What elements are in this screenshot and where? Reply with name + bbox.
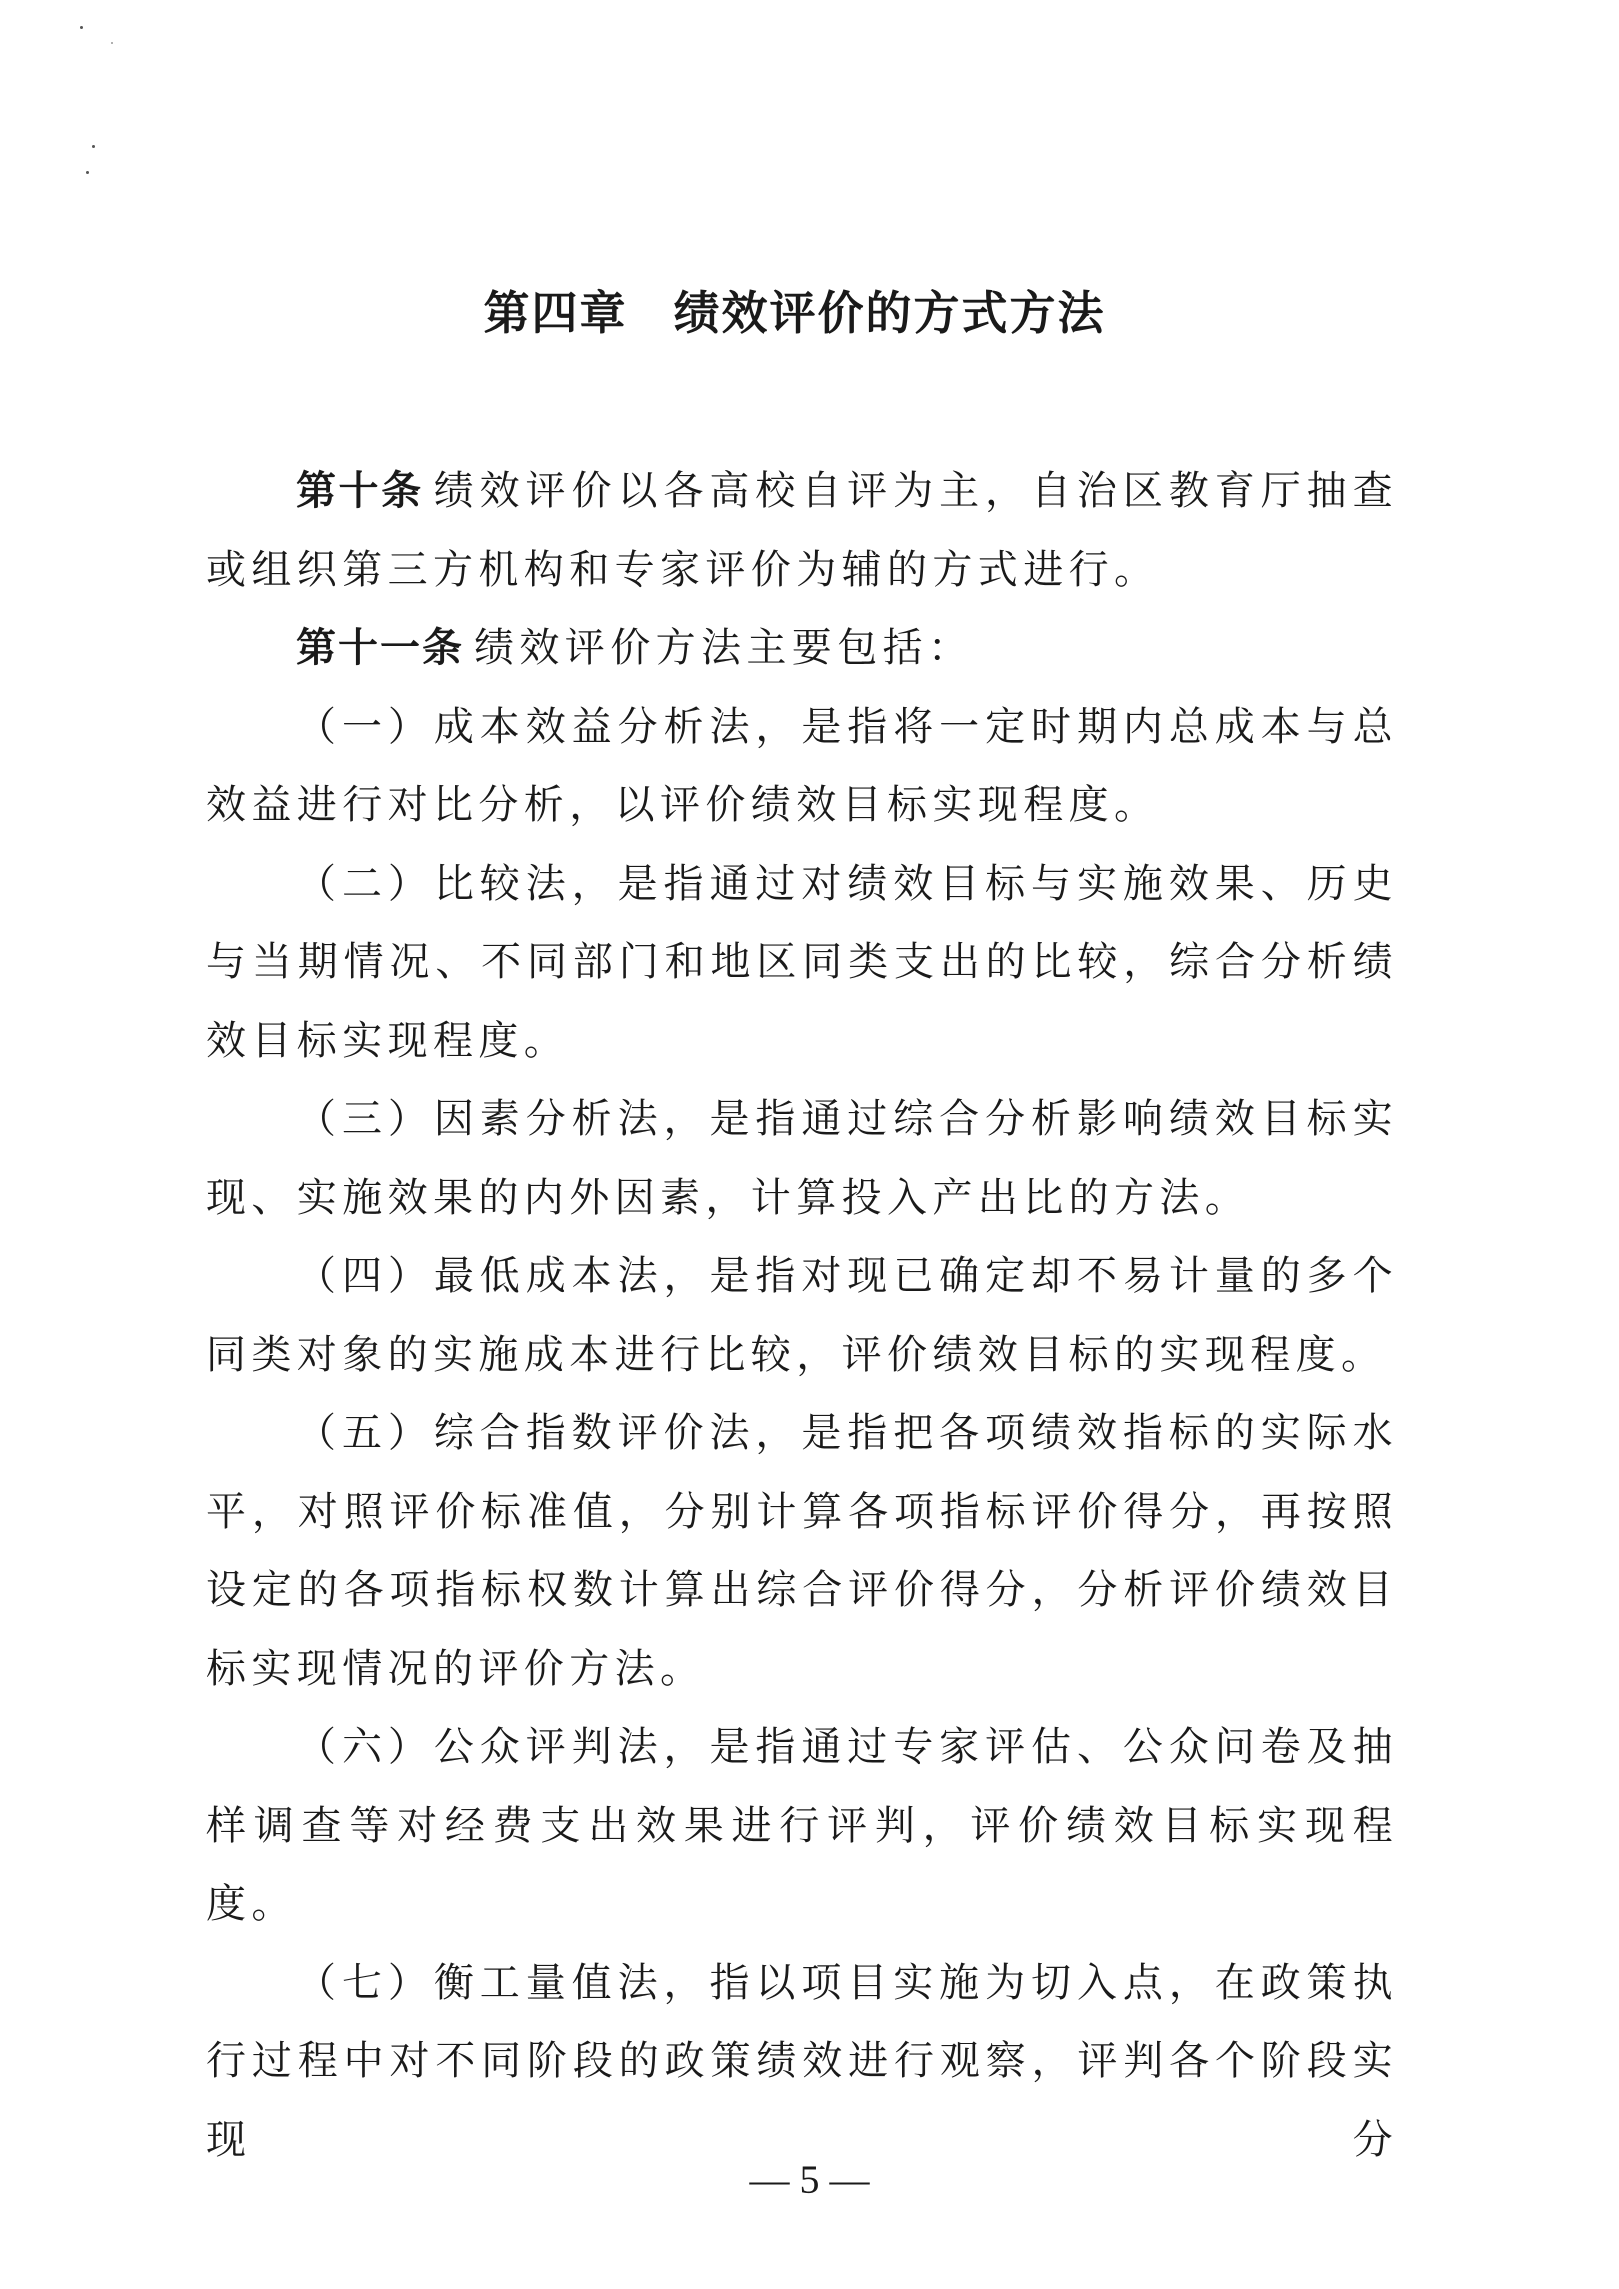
page-number: — 5 — bbox=[0, 2150, 1619, 2210]
scan-speck bbox=[80, 26, 83, 29]
article-lead: 第十一条 bbox=[296, 625, 464, 671]
document-body: 第十条绩效评价以各高校自评为主，自治区教育厅抽查或组织第三方机构和专家评价为辅的… bbox=[206, 452, 1398, 2179]
article-text: 绩效评价方法主要包括： bbox=[474, 625, 973, 671]
scan-speck bbox=[111, 42, 113, 44]
method-item: （七）衡工量值法，指以项目实施为切入点，在政策执行过程中对不同阶段的政策绩效进行… bbox=[206, 1944, 1398, 2180]
scan-speck bbox=[92, 145, 95, 148]
article-lead: 第十条 bbox=[296, 468, 424, 514]
document-page: 第四章绩效评价的方式方法 第十条绩效评价以各高校自评为主，自治区教育厅抽查或组织… bbox=[0, 0, 1619, 2289]
method-item: （三）因素分析法，是指通过综合分析影响绩效目标实现、实施效果的内外因素，计算投入… bbox=[206, 1080, 1398, 1237]
article-10: 第十条绩效评价以各高校自评为主，自治区教育厅抽查或组织第三方机构和专家评价为辅的… bbox=[206, 452, 1398, 609]
chapter-number: 第四章 bbox=[484, 286, 628, 340]
method-item: （一）成本效益分析法，是指将一定时期内总成本与总效益进行对比分析，以评价绩效目标… bbox=[206, 688, 1398, 845]
scan-speck bbox=[86, 171, 89, 174]
method-item: （四）最低成本法，是指对现已确定却不易计量的多个同类对象的实施成本进行比较，评价… bbox=[206, 1237, 1398, 1394]
method-item: （六）公众评判法，是指通过专家评估、公众问卷及抽样调查等对经费支出效果进行评判，… bbox=[206, 1708, 1398, 1944]
method-item: （二）比较法，是指通过对绩效目标与实施效果、历史与当期情况、不同部门和地区同类支… bbox=[206, 845, 1398, 1081]
chapter-title: 第四章绩效评价的方式方法 bbox=[0, 282, 1589, 344]
method-item: （五）综合指数评价法，是指把各项绩效指标的实际水平，对照评价标准值，分别计算各项… bbox=[206, 1394, 1398, 1708]
chapter-name: 绩效评价的方式方法 bbox=[674, 286, 1106, 340]
article-11: 第十一条绩效评价方法主要包括： bbox=[206, 609, 1398, 688]
